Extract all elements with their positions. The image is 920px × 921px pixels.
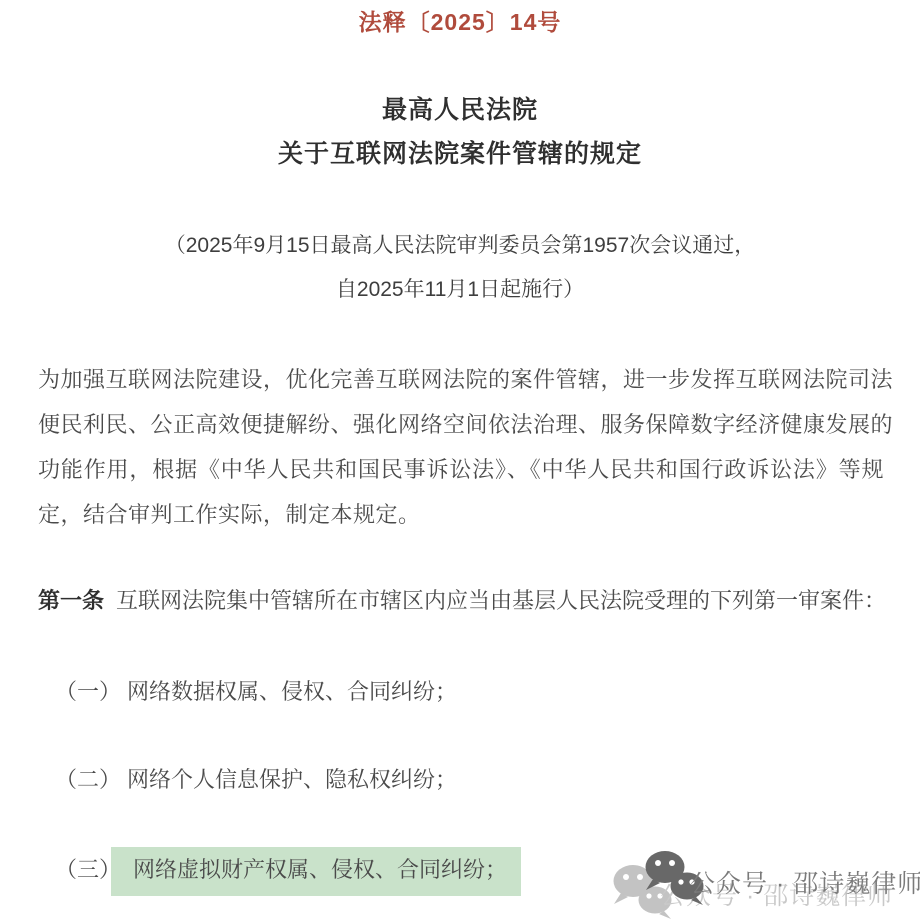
article-1-text: 互联网法院集中管辖所在市辖区内应当由基层人民法院受理的下列第一审案件：	[116, 588, 886, 613]
list-item-3: （三）网络虚拟财产权属、侵权、合同纠纷；	[55, 848, 521, 892]
preamble-paragraph: 为加强互联网法院建设，优化完善互联网法院的案件管辖，进一步发挥互联网法院司法 便…	[38, 357, 884, 537]
adoption-date-line1: （2025年9月15日最高人民法院审判委员会第1957次会议通过，	[0, 232, 920, 260]
watermark-text: 公众号 · 邵诗巍律师	[690, 864, 920, 900]
list-item-2: （二）网络个人信息保护、隐私权纠纷；	[55, 758, 457, 802]
doc-title-regulation: 关于互联网法院案件管辖的规定	[0, 140, 920, 168]
preamble-line-3: 功能作用，根据《中华人民共和国民事诉讼法》、《中华人民共和国行政诉讼法》等规	[38, 447, 884, 492]
item-1-text: 网络数据权属、侵权、合同纠纷；	[127, 679, 457, 704]
article-1: 第一条互联网法院集中管辖所在市辖区内应当由基层人民法院受理的下列第一审案件：	[38, 579, 884, 623]
item-2-marker: （二）	[55, 767, 121, 792]
list-item-1: （一）网络数据权属、侵权、合同纠纷；	[55, 670, 457, 714]
doc-title-court: 最高人民法院	[0, 96, 920, 124]
preamble-line-1: 为加强互联网法院建设，优化完善互联网法院的案件管辖，进一步发挥互联网法院司法	[38, 357, 884, 402]
doc-number: 法释〔2025〕14号	[0, 8, 920, 36]
item-2-text: 网络个人信息保护、隐私权纠纷；	[127, 767, 457, 792]
item-3-text-highlight: 网络虚拟财产权属、侵权、合同纠纷；	[111, 847, 521, 896]
wechat-icon	[644, 849, 706, 907]
item-1-marker: （一）	[55, 679, 121, 704]
article-1-label: 第一条	[38, 588, 104, 613]
document-page: 法释〔2025〕14号 最高人民法院 关于互联网法院案件管辖的规定 （2025年…	[0, 0, 920, 921]
watermark-text-ghost: 公众号 · 邵诗巍律师	[660, 876, 893, 912]
wechat-icon	[612, 863, 674, 921]
preamble-line-4: 定，结合审判工作实际，制定本规定。	[38, 492, 884, 537]
adoption-date-line2: 自2025年11月1日起施行）	[0, 276, 920, 304]
preamble-line-2: 便民利民、公正高效便捷解纷、强化网络空间依法治理、服务保障数字经济健康发展的	[38, 402, 884, 447]
